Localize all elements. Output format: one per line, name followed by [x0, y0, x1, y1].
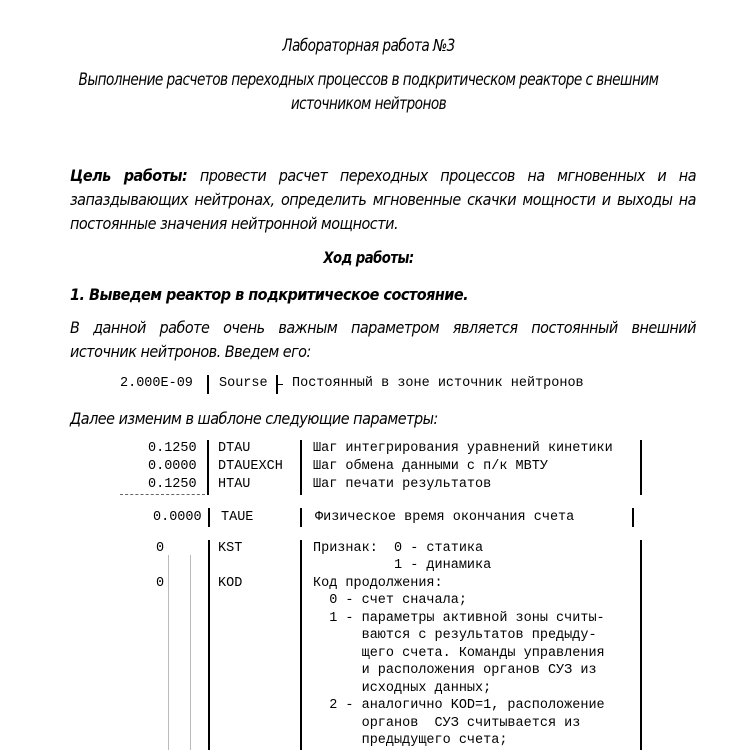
param-description: Шаг обмена данными с п/к МВТУ: [313, 459, 548, 474]
kod-name: KOD: [218, 576, 242, 591]
param-value: 0.1250: [148, 477, 197, 492]
divider: [640, 440, 642, 495]
lab-title: Лабораторная работа №3: [29, 36, 707, 55]
param-name: DTAUEXCH: [218, 459, 283, 474]
kod-description-line: предыдущего счета;: [313, 733, 507, 748]
param-description: Шаг интегрирования уравнений кинетики: [313, 441, 613, 456]
param-value: 0.0000: [148, 459, 197, 474]
source-description: Постоянный в зоне источник нейтронов: [292, 376, 584, 391]
progress-heading: Ход работы:: [29, 248, 707, 267]
divider: [632, 508, 634, 527]
kod-value: 0: [156, 576, 164, 591]
param-name: HTAU: [218, 477, 250, 492]
param-name: DTAU: [218, 441, 250, 456]
dash: [278, 384, 283, 385]
kod-description-line: 0 - счет сначала;: [313, 593, 467, 608]
source-value: 2.000E-09: [120, 376, 193, 391]
source-name: Sourse: [219, 376, 268, 391]
kst-name: KST: [218, 541, 242, 556]
cut-line: [120, 494, 205, 495]
goal-paragraph: Цель работы: провести расчет переходных …: [70, 164, 696, 236]
kod-description-line: ваются с результатов предыду-: [313, 628, 597, 643]
goal-line-3: постоянные значения нейтронной мощности.: [70, 212, 696, 236]
divider: [190, 555, 191, 750]
step1-line-1: В данной работе очень важным параметром …: [70, 316, 696, 340]
param-description: Шаг печати результатов: [313, 477, 491, 492]
divider: [300, 508, 302, 527]
goal-line-2: запаздывающих нейтронах, определить мгно…: [70, 188, 696, 212]
kst-description-line: 1 - динамика: [313, 558, 491, 573]
kst-value: 0: [156, 541, 164, 556]
divider: [168, 555, 169, 750]
divider: [300, 440, 302, 495]
step1-heading: 1. Выведем реактор в подкритическое сост…: [70, 283, 696, 307]
goal-label: Цель работы:: [70, 166, 187, 185]
kod-description-line: исходных данных;: [313, 681, 491, 696]
step1-paragraph: В данной работе очень важным параметром …: [70, 316, 696, 364]
taue-name: TAUE: [221, 510, 253, 525]
kod-description-line: и расположения органов СУЗ из: [313, 663, 597, 678]
taue-description: Физическое время окончания счета: [315, 510, 574, 525]
divider: [207, 375, 209, 394]
step1-line-2: источник нейтронов. Введем его:: [70, 340, 696, 364]
kod-description-line: 1 - параметры активной зоны считы-: [313, 611, 605, 626]
kod-description-line: Код продолжения:: [313, 576, 443, 591]
divider: [207, 440, 209, 495]
subtitle-line-1: Выполнение расчетов переходных процессов…: [29, 70, 707, 89]
kod-description-line: органов СУЗ считывается из: [313, 716, 580, 731]
divider: [208, 540, 210, 750]
kod-description-line: 2 - аналогично KOD=1, расположение: [313, 698, 605, 713]
taue-value: 0.0000: [153, 510, 202, 525]
subtitle-line-2: источником нейтронов: [29, 94, 707, 113]
divider: [208, 508, 210, 527]
kod-description-line: щего счета. Команды управления: [313, 646, 605, 661]
divider: [300, 540, 302, 750]
divider: [640, 540, 642, 750]
param-value: 0.1250: [148, 441, 197, 456]
kst-description-line: Признак: 0 - статика: [313, 541, 483, 556]
template-intro: Далее изменим в шаблоне следующие параме…: [70, 407, 696, 431]
goal-line-1: провести расчет переходных процессов на …: [187, 166, 696, 185]
